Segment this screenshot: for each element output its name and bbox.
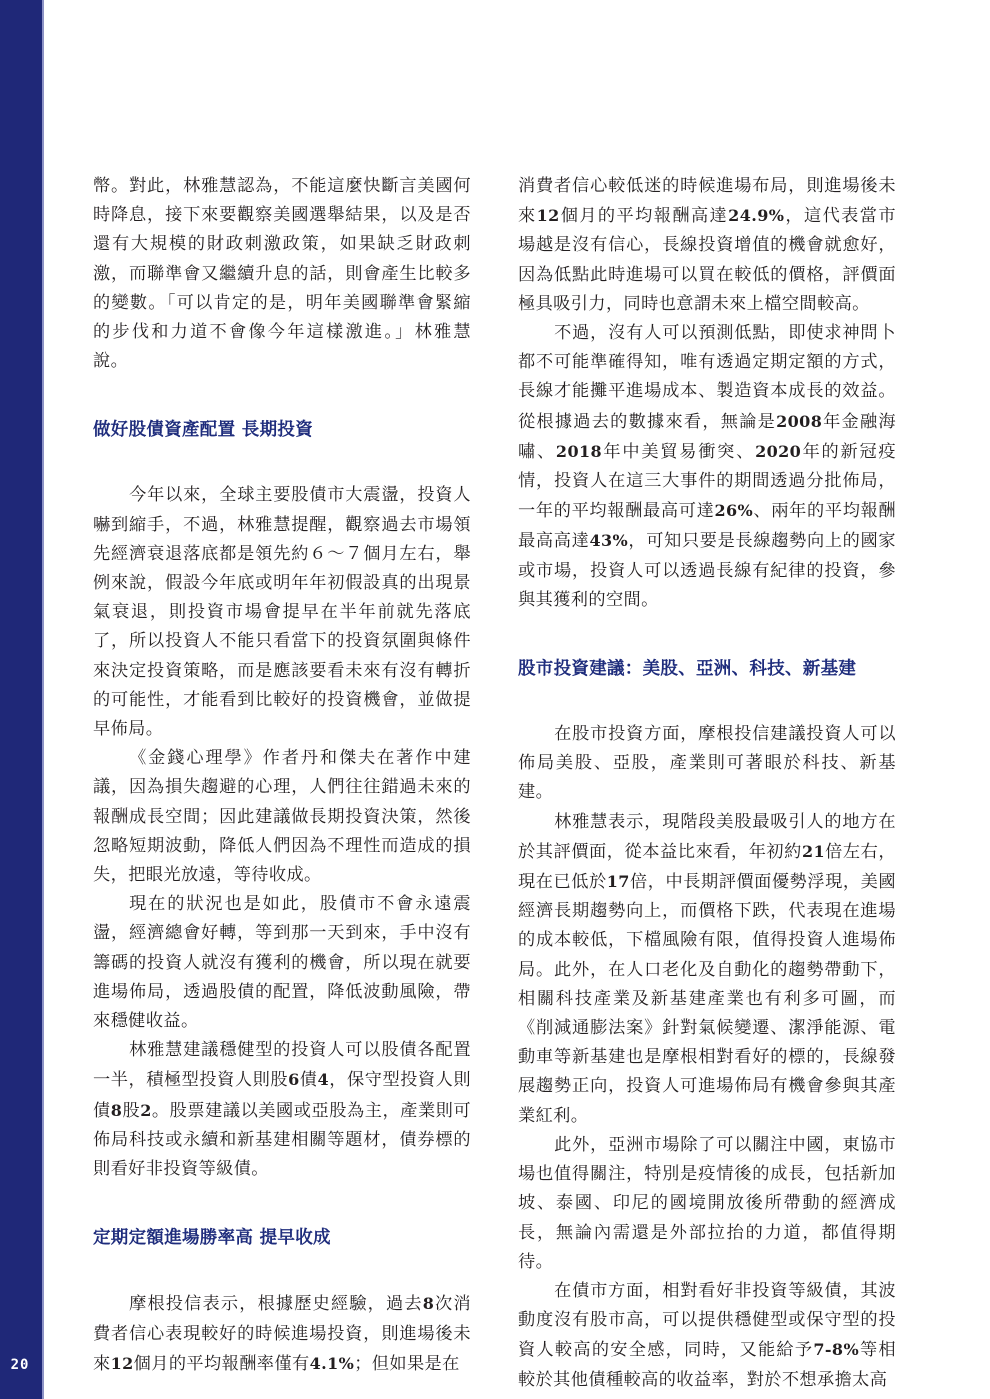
text-run: 股 <box>122 1101 140 1121</box>
paragraph: 林雅慧建議穩健型的投資人可以股債各配置一半，積極型投資人則股6債4，保守型投資人… <box>93 1036 471 1184</box>
page-number: 20 <box>0 1357 40 1373</box>
text-run: 個月的平均報酬率僅有 <box>134 1354 310 1374</box>
spacer <box>93 1253 471 1289</box>
spacer <box>93 376 471 416</box>
number: 2018 <box>556 442 602 461</box>
spacer <box>93 445 471 481</box>
number: 12 <box>537 206 560 225</box>
text-run: 倍，中長期評價面優勢浮現，美國經濟長期趨勢向上，而價格下跌，代表現在進場的成本較… <box>518 872 896 1126</box>
number: 8 <box>423 1294 435 1313</box>
number: 2 <box>140 1101 152 1120</box>
paragraph: 現在的狀況也是如此，股債市不會永遠震盪，經濟總會好轉，等到那一天到來，手中沒有籌… <box>93 890 471 1036</box>
number: 12 <box>111 1354 134 1373</box>
number: 2020 <box>755 442 801 461</box>
paragraph: 消費者信心較低迷的時候進場布局，則進場後未來12個月的平均報酬高達24.9%，這… <box>518 172 896 319</box>
spacer <box>518 684 896 720</box>
left-column: 幣。對此，林雅慧認為，不能這麼快斷言美國何時降息，接下來要觀察美國選舉結果，以及… <box>93 172 471 1379</box>
number: 8 <box>111 1101 123 1120</box>
spacer <box>93 1184 471 1224</box>
spacer <box>518 615 896 655</box>
right-column: 消費者信心較低迷的時候進場布局，則進場後未來12個月的平均報酬高達24.9%，這… <box>518 172 896 1395</box>
paragraph: 此外，亞洲市場除了可以關注中國，東協市場也值得關注，特別是疫情後的成長，包括新加… <box>518 1131 896 1277</box>
section-heading: 定期定額進場勝率高 提早收成 <box>93 1224 471 1253</box>
number: 17 <box>607 872 630 891</box>
number: 21 <box>802 842 825 861</box>
number: 4.1% <box>310 1354 355 1373</box>
section-heading: 做好股債資產配置 長期投資 <box>93 416 471 445</box>
number: 6 <box>288 1070 300 1089</box>
paragraph: 《金錢心理學》作者丹和傑夫在著作中建議，因為損失趨避的心理，人們往往錯過未來的報… <box>93 744 471 890</box>
paragraph: 在債市方面，相對看好非投資等級債，其波動度沒有股市高，可以提供穩健型或保守型的投… <box>518 1277 896 1395</box>
text-run: 個月的平均報酬高達 <box>560 206 728 226</box>
page-side-bar <box>0 0 44 1399</box>
section-heading: 股市投資建議：美股、亞洲、科技、新基建 <box>518 655 896 684</box>
paragraph: 不過，沒有人可以預測低點，即使求神問卜都不可能準確得知，唯有透過定期定額的方式，… <box>518 319 896 615</box>
number: 43% <box>589 531 628 550</box>
paragraph: 林雅慧表示，現階段美股最吸引人的地方在於其評價面，從本益比來看，年初約21倍左右… <box>518 808 896 1131</box>
number: 26% <box>714 501 753 520</box>
number: 7-8% <box>813 1340 859 1359</box>
paragraph: 摩根投信表示，根據歷史經驗，過去8次消費者信心表現較好的時候進場投資，則進場後未… <box>93 1289 471 1379</box>
number: 24.9% <box>728 206 784 225</box>
text-run: 債 <box>300 1070 318 1090</box>
paragraph: 幣。對此，林雅慧認為，不能這麼快斷言美國何時降息，接下來要觀察美國選舉結果，以及… <box>93 172 471 376</box>
number: 4 <box>318 1070 330 1089</box>
paragraph: 今年以來，全球主要股債市大震盪，投資人嚇到縮手，不過，林雅慧提醒，觀察過去市場領… <box>93 481 471 744</box>
text-run: 摩根投信表示，根據歷史經驗，過去 <box>129 1294 423 1314</box>
paragraph: 在股市投資方面，摩根投信建議投資人可以佈局美股、亞股，產業則可著眼於科技、新基建… <box>518 720 896 808</box>
number: 2008 <box>776 412 822 431</box>
text-run: ；但如果是在 <box>354 1354 460 1374</box>
text-run: 年中美貿易衝突、 <box>602 442 755 462</box>
